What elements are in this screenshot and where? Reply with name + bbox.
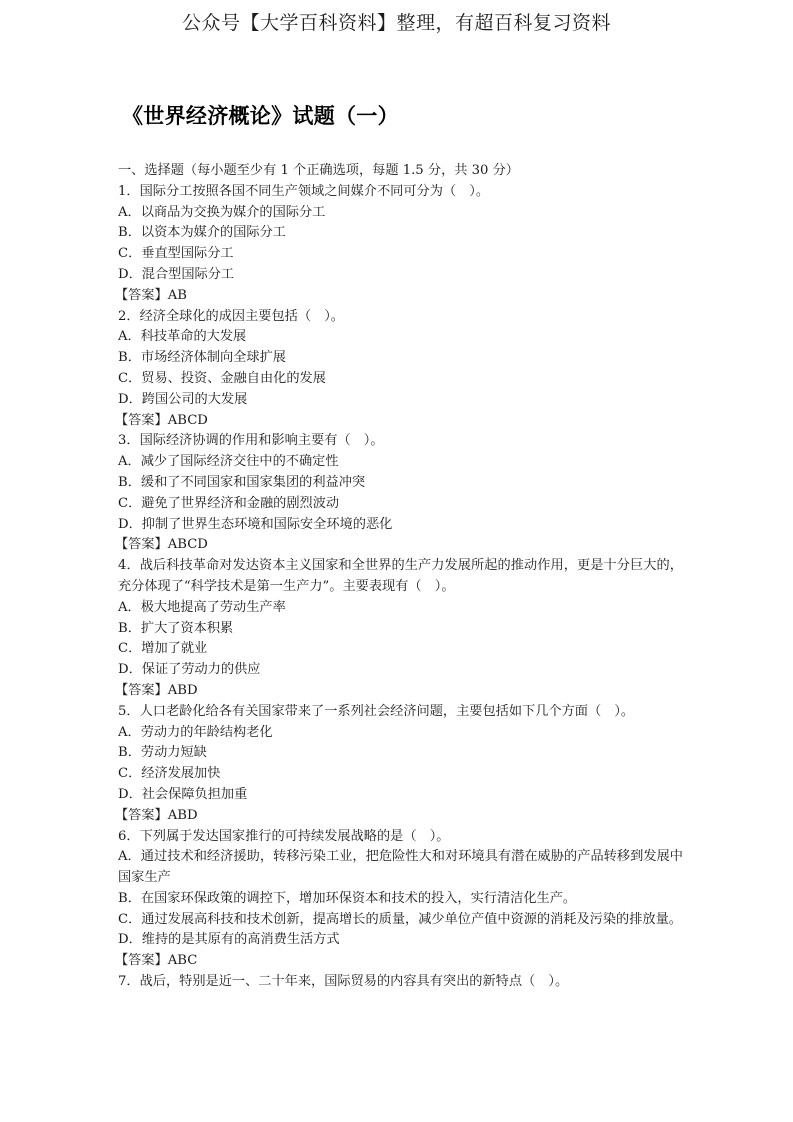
question-stem: 6．下列属于发达国家推行的可持续发展战略的是（ ）。 bbox=[118, 827, 683, 848]
document-body: 一、选择题（每小题至少有 1 个正确选项，每题 1.5 分，共 30 分） 1．… bbox=[118, 161, 683, 993]
option-b: B．劳动力短缺 bbox=[118, 743, 683, 764]
option-b: B．以资本为媒介的国际分工 bbox=[118, 223, 683, 244]
option-a: A．以商品为交换为媒介的国际分工 bbox=[118, 203, 683, 224]
answer: 【答案】ABD bbox=[115, 806, 683, 827]
question-stem: 3．国际经济协调的作用和影响主要有（ ）。 bbox=[118, 431, 683, 452]
option-d: D．保证了劳动力的供应 bbox=[118, 660, 683, 681]
option-c: C．避免了世界经济和金融的剧烈波动 bbox=[118, 494, 683, 515]
option-c: C．经济发展加快 bbox=[118, 764, 683, 785]
answer: 【答案】ABCD bbox=[115, 535, 683, 556]
section-heading: 一、选择题（每小题至少有 1 个正确选项，每题 1.5 分，共 30 分） bbox=[118, 161, 683, 182]
option-d: D．混合型国际分工 bbox=[118, 265, 683, 286]
option-a: A．劳动力的年龄结构老化 bbox=[118, 723, 683, 744]
question-stem: 1．国际分工按照各国不同生产领域之间媒介不同可分为（ ）。 bbox=[118, 182, 683, 203]
option-b: B．在国家环保政策的调控下，增加环保资本和技术的投入，实行清洁化生产。 bbox=[118, 889, 683, 910]
document-title: 《世界经济概论》试题（一） bbox=[122, 101, 399, 131]
question-stem: 5．人口老龄化给各有关国家带来了一系列社会经济问题，主要包括如下几个方面（ ）。 bbox=[118, 702, 683, 723]
option-b: B．缓和了不同国家和国家集团的利益冲突 bbox=[118, 473, 683, 494]
option-c: C．通过发展高科技和技术创新，提高增长的质量，减少单位产值中资源的消耗及污染的排… bbox=[118, 910, 683, 931]
option-d: D．跨国公司的大发展 bbox=[118, 390, 683, 411]
option-d: D．维持的是其原有的高消费生活方式 bbox=[118, 930, 683, 951]
question-2: 2．经济全球化的成因主要包括（ ）。 A．科技革命的大发展 B．市场经济体制向全… bbox=[118, 307, 683, 432]
question-6: 6．下列属于发达国家推行的可持续发展战略的是（ ）。 A．通过技术和经济援助，转… bbox=[118, 827, 683, 973]
option-c: C．垂直型国际分工 bbox=[118, 244, 683, 265]
question-1: 1．国际分工按照各国不同生产领域之间媒介不同可分为（ ）。 A．以商品为交换为媒… bbox=[118, 182, 683, 307]
question-7: 7．战后，特别是近一、二十年来，国际贸易的内容具有突出的新特点（ ）。 bbox=[118, 972, 683, 993]
question-stem: 2．经济全球化的成因主要包括（ ）。 bbox=[118, 307, 683, 328]
answer: 【答案】ABC bbox=[115, 951, 683, 972]
option-b: B．扩大了资本积累 bbox=[118, 619, 683, 640]
option-c: C．增加了就业 bbox=[118, 639, 683, 660]
option-b: B．市场经济体制向全球扩展 bbox=[118, 348, 683, 369]
option-a: A．通过技术和经济援助，转移污染工业，把危险性大和对环境具有潜在威胁的产品转移到… bbox=[118, 847, 683, 889]
question-5: 5．人口老龄化给各有关国家带来了一系列社会经济问题，主要包括如下几个方面（ ）。… bbox=[118, 702, 683, 827]
option-a: A．极大地提高了劳动生产率 bbox=[118, 598, 683, 619]
answer: 【答案】ABCD bbox=[115, 411, 683, 432]
option-d: D．社会保障负担加重 bbox=[118, 785, 683, 806]
question-4: 4．战后科技革命对发达资本主义国家和全世界的生产力发展所起的推动作用，更是十分巨… bbox=[118, 556, 683, 702]
answer: 【答案】AB bbox=[115, 286, 683, 307]
option-c: C．贸易、投资、金融自由化的发展 bbox=[118, 369, 683, 390]
option-a: A．减少了国际经济交往中的不确定性 bbox=[118, 452, 683, 473]
answer: 【答案】ABD bbox=[115, 681, 683, 702]
question-stem: 7．战后，特别是近一、二十年来，国际贸易的内容具有突出的新特点（ ）。 bbox=[118, 972, 683, 993]
option-d: D．抑制了世界生态环境和国际安全环境的恶化 bbox=[118, 515, 683, 536]
question-3: 3．国际经济协调的作用和影响主要有（ ）。 A．减少了国际经济交往中的不确定性 … bbox=[118, 431, 683, 556]
header-banner: 公众号【大学百科资料】整理，有超百科复习资料 bbox=[0, 10, 793, 36]
option-a: A．科技革命的大发展 bbox=[118, 327, 683, 348]
question-stem: 4．战后科技革命对发达资本主义国家和全世界的生产力发展所起的推动作用，更是十分巨… bbox=[118, 556, 683, 598]
